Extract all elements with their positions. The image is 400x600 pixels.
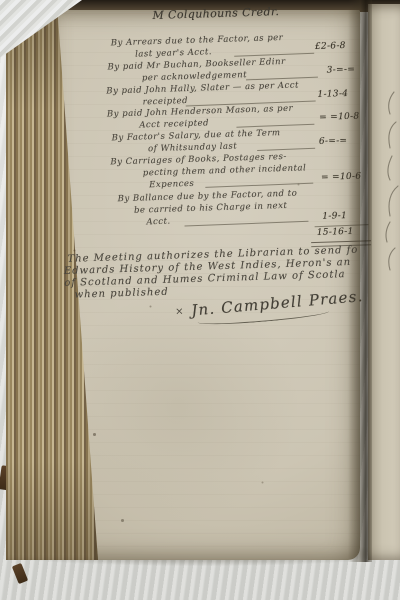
ledger-rule: [236, 124, 314, 128]
minute-line: when published: [74, 287, 168, 301]
manuscript-photo: M Colquhouns Credr. By Arrears due to th…: [0, 0, 400, 600]
ledger-line: receipted: [142, 96, 188, 107]
ledger-amount: £2-6-8: [315, 41, 346, 52]
ledger-amount: 6-=-=: [319, 136, 348, 147]
ledger-line: By paid Mr Buchan, Bookseller Edinr: [107, 57, 285, 73]
ledger-line: Acct.: [146, 217, 171, 228]
ledger-rule: [234, 53, 314, 57]
ledger-amount: 3-=-=: [327, 65, 356, 76]
ledger-rule: [246, 77, 318, 81]
facing-page-writing: [368, 82, 400, 282]
ledger-rule: [185, 221, 309, 227]
book-tie: [12, 563, 28, 584]
ledger-amount: 1-13-4: [317, 89, 348, 100]
ledger-line: By paid John Hally, Slater — as per Acct: [106, 80, 299, 96]
ledger-amount: 1-9-1: [322, 211, 347, 222]
signature-mark: ×: [175, 306, 184, 317]
ledger-line: By Factor's Salary, due at the Term: [112, 128, 281, 143]
ledger-line: be carried to his Charge in next: [134, 201, 288, 216]
ledger-line: of Whitsunday last: [148, 141, 237, 154]
ledger-line: last year's Acct.: [135, 47, 212, 59]
ledger-line: Acct receipted: [139, 118, 209, 130]
ledger-line: Expences: [149, 179, 194, 190]
ledger-rule: [257, 148, 315, 151]
ledger-amount: = =10-6: [321, 172, 362, 183]
ledger-amount: = =10-8: [319, 112, 360, 123]
handwriting-layer: M Colquhouns Credr. By Arrears due to th…: [48, 0, 381, 560]
ledger-line: By paid John Henderson Mason, as per: [107, 104, 293, 120]
total-amount: 15-16-1: [317, 227, 354, 238]
ledger-line: per acknowledgement: [142, 70, 247, 83]
page-title: M Colquhouns Credr.: [136, 5, 296, 23]
ledger-rule: [205, 183, 313, 188]
ledger-line: By Arrears due to the Factor, as per: [111, 33, 284, 48]
